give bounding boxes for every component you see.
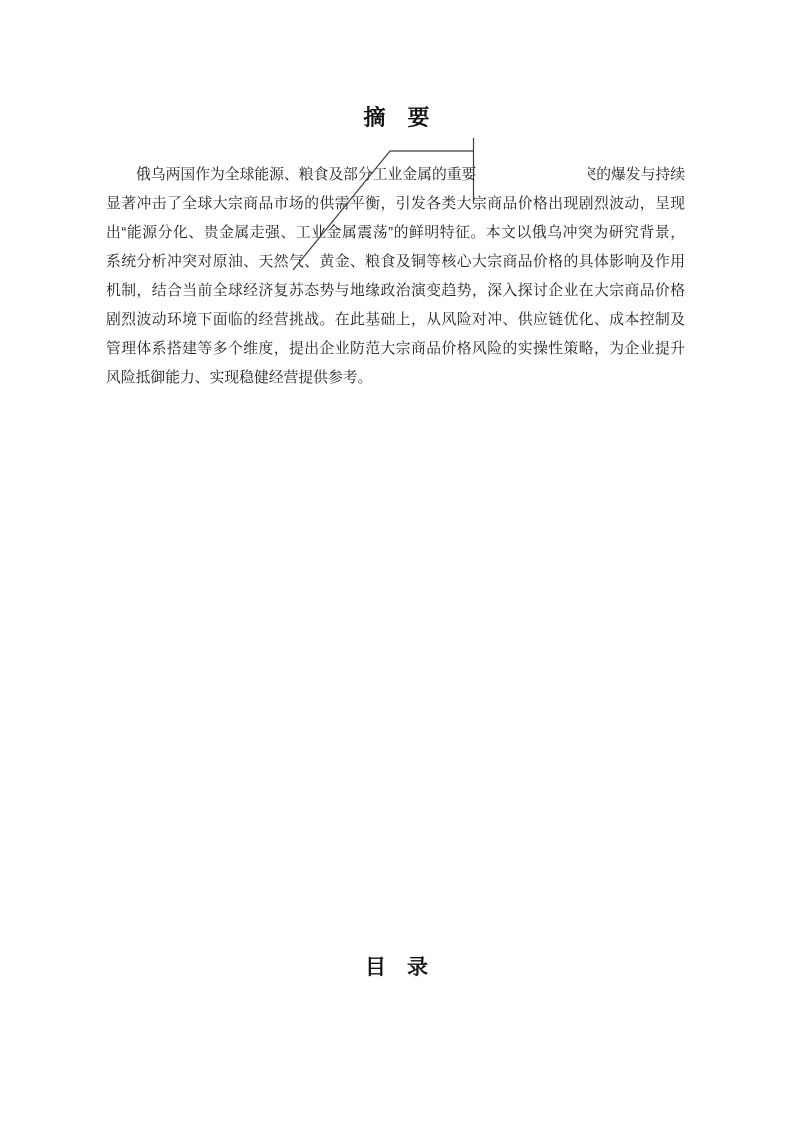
- abstract-paragraph: 俄乌两国作为全球能源、粮食及部分工业金属的重要 突 的爆发与持续 显著冲击了全球…: [106, 161, 685, 393]
- document-page: 摘 要 俄乌两国作为全球能源、粮食及部分工业金属的重要 突 的爆发与持续 显著冲…: [0, 0, 793, 1122]
- abstract-line-5: 机制，结合当前全球经济复苏态势与地缘政治演变趋势，深入探讨企业在大宗商品价格: [106, 277, 685, 306]
- abstract-line-1-tail: 的爆发与持续: [596, 161, 685, 190]
- toc-title: 目 录: [0, 951, 793, 981]
- abstract-line-4: 系统分析冲突对原油、天然气、黄金、粮食及铜等核心大宗商品价格的具体影响及作用: [106, 248, 685, 277]
- abstract-line-7: 管理体系搭建等多个维度，提出企业防范大宗商品价格风险的实操性策略，为企业提升: [106, 335, 685, 364]
- abstract-line-2: 显著冲击了全球大宗商品市场的供需平衡，引发各类大宗商品价格出现剧烈波动，呈现: [106, 190, 685, 219]
- abstract-line-1-lead: 俄乌两国作为全球能源、粮食及部分工业金属的重要: [106, 161, 476, 190]
- partially-hidden-character: 突: [581, 161, 596, 190]
- abstract-line-1: 俄乌两国作为全球能源、粮食及部分工业金属的重要 突 的爆发与持续: [106, 161, 685, 190]
- abstract-line-8: 风险抵御能力、实现稳健经营提供参考。: [106, 364, 685, 393]
- abstract-line-6: 剧烈波动环境下面临的经营挑战。在此基础上，从风险对冲、供应链优化、成本控制及: [106, 306, 685, 335]
- abstract-line-3: 出“能源分化、贵金属走强、工业金属震荡”的鲜明特征。本文以俄乌冲突为研究背景，: [106, 219, 685, 248]
- abstract-title: 摘 要: [0, 101, 793, 132]
